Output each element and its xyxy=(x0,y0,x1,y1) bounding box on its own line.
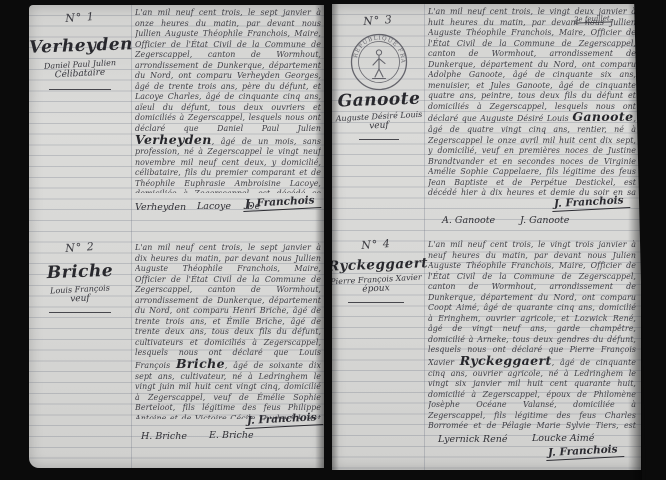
signature-row-3: J. Franchois A. Ganoote J. Ganoote xyxy=(428,196,638,230)
deceased-name: Briche xyxy=(176,356,225,371)
margin-underline xyxy=(49,89,111,90)
entry-number: N° 2 xyxy=(29,237,131,257)
entry-number: N° 4 xyxy=(332,235,424,255)
margin-underline xyxy=(359,139,399,140)
margin-entry-2: N° 2 Briche Louis François veuf xyxy=(29,241,131,313)
margin-separator-rule xyxy=(424,4,425,470)
margin-surname: Ganoote xyxy=(332,88,431,112)
officer-signature: J. Franchois xyxy=(546,443,624,461)
signature-row-2: H. Briche E. Briche J. Franchois xyxy=(135,413,323,449)
svg-text:RÉPUBLIQUE FRANÇAISE: RÉPUBLIQUE FRANÇAISE xyxy=(349,32,406,64)
signature: A. Ganoote xyxy=(442,215,495,226)
officer-signature: J. Franchois xyxy=(552,194,630,212)
stamp-figure xyxy=(373,56,386,79)
deceased-name: Ganoote xyxy=(572,109,633,124)
margin-underline xyxy=(49,312,111,313)
binding-shadow xyxy=(315,5,324,468)
signature: E. Briche xyxy=(209,430,254,441)
margin-entry-1: N° 1 Verheyden Daniel Paul Julien Céliba… xyxy=(29,11,131,90)
signature-row-1: Verheyden Lacoye De J. Franchois xyxy=(135,196,323,220)
margin-underline xyxy=(348,302,404,303)
signature-row-4: Lyernick René Loucke Aimé J. Franchois xyxy=(428,432,638,466)
left-page: N° 1 Verheyden Daniel Paul Julien Céliba… xyxy=(29,5,324,468)
act-text: L'an mil neuf cent trois, le sept janvie… xyxy=(135,8,321,133)
deceased-name: Verheyden xyxy=(135,132,212,147)
act-text: , âgé de cinquante cinq ans, ouvrier agr… xyxy=(428,358,636,430)
margin-entry-3: N° 3 xyxy=(332,14,424,27)
signature: J. Ganoote xyxy=(520,215,569,226)
act-text: L'an mil neuf cent trois, le vingt deux … xyxy=(428,7,636,123)
act-text: , âgé de quatre vingt cinq ans, rentier,… xyxy=(428,114,636,195)
act-body-3: L'an mil neuf cent trois, le vingt deux … xyxy=(428,7,636,195)
deceased-name: Ryckeggaert xyxy=(460,353,552,368)
right-page: 2e feuillet. N° 3 RÉPUBLIQUE FRANÇAISE G… xyxy=(332,4,641,470)
act-body-4: L'an mil neuf cent trois, le vingt trois… xyxy=(428,240,636,430)
signature: Lacoye xyxy=(197,201,231,212)
margin-surname: Verheyden xyxy=(29,34,131,58)
stamp-caption: RÉPUBLIQUE FRANÇAISE xyxy=(349,32,406,64)
margin-entry-3-names: Ganoote Auguste Désiré Louis veuf xyxy=(332,90,431,140)
signature: Lyernick René xyxy=(438,434,507,445)
act-body-1: L'an mil neuf cent trois, le sept janvie… xyxy=(135,8,321,193)
act-text: L'an mil neuf cent trois, le vingt trois… xyxy=(428,240,636,367)
act-body-2: L'an mil neuf cent trois, le sept janvie… xyxy=(135,243,321,419)
republique-francaise-stamp-icon: RÉPUBLIQUE FRANÇAISE xyxy=(349,32,409,92)
margin-entry-4: N° 4 Ryckeggaert Pierre François Xavier … xyxy=(332,238,424,303)
officer-signature: J. Franchois xyxy=(245,411,323,429)
entry-number: N° 1 xyxy=(29,7,131,27)
register-scan: N° 1 Verheyden Daniel Paul Julien Céliba… xyxy=(0,0,666,480)
signature: Loucke Aimé xyxy=(532,433,594,444)
entry-number: N° 3 xyxy=(332,11,424,30)
act-text: L'an mil neuf cent trois, le sept janvie… xyxy=(135,243,321,370)
binding-shadow xyxy=(332,4,339,470)
margin-surname: Briche xyxy=(29,260,131,284)
margin-surname: Ryckeggaert xyxy=(332,255,424,274)
officer-signature: J. Franchois xyxy=(243,194,321,212)
signature: Verheyden xyxy=(135,202,186,213)
signature: H. Briche xyxy=(141,431,187,442)
